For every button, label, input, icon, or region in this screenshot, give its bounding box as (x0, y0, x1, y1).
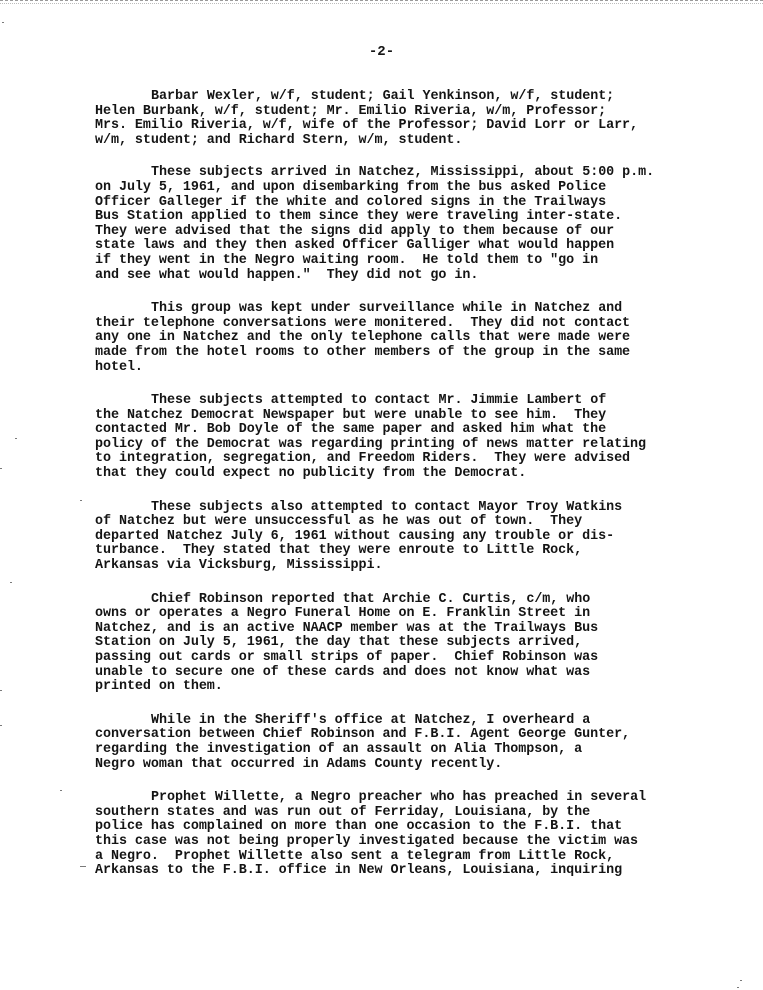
text-line: southern states and was run out of Ferri… (95, 806, 735, 821)
text-line: They were advised that the signs did app… (95, 225, 735, 240)
text-line: Station on July 5, 1961, the day that th… (95, 636, 735, 651)
paragraph-sheriff-office: While in the Sheriff's office at Natchez… (95, 714, 735, 772)
text-line: Arkansas via Vicksburg, Mississippi. (95, 559, 735, 574)
page-number: -2- (0, 44, 763, 60)
text-line: this case was not being properly investi… (95, 835, 735, 850)
text-line: contacted Mr. Bob Doyle of the same pape… (95, 423, 735, 438)
text-line: unable to secure one of these cards and … (95, 666, 735, 681)
document-body: Barbar Wexler, w/f, student; Gail Yenkin… (95, 90, 735, 895)
text-line: to integration, segregation, and Freedom… (95, 452, 735, 467)
text-line: w/m, student; and Richard Stern, w/m, st… (95, 134, 735, 149)
scan-speck (15, 438, 17, 439)
text-line: Officer Galleger if the white and colore… (95, 196, 735, 211)
text-line: conversation between Chief Robinson and … (95, 728, 735, 743)
text-line: a Negro. Prophet Willette also sent a te… (95, 850, 735, 865)
text-line: on July 5, 1961, and upon disembarking f… (95, 181, 735, 196)
scan-speck (0, 690, 2, 691)
text-line: This group was kept under surveillance w… (95, 302, 735, 317)
text-line: While in the Sheriff's office at Natchez… (95, 714, 735, 729)
text-line: of Natchez but were unsuccessful as he w… (95, 515, 735, 530)
scan-speck (80, 500, 82, 501)
text-line: Bus Station applied to them since they w… (95, 210, 735, 225)
paragraph-chief-robinson: Chief Robinson reported that Archie C. C… (95, 593, 735, 695)
scan-top-edge (0, 0, 763, 4)
scan-speck (0, 468, 2, 469)
text-line: police has complained on more than one o… (95, 820, 735, 835)
paragraph-mayor: These subjects also attempted to contact… (95, 501, 735, 574)
scan-speck (2, 22, 4, 23)
text-line: and see what would happen." They did not… (95, 269, 735, 284)
text-line: policy of the Democrat was regarding pri… (95, 438, 735, 453)
scan-speck (0, 725, 2, 726)
text-line: passing out cards or small strips of pap… (95, 651, 735, 666)
scan-speck (60, 790, 62, 791)
text-line: owns or operates a Negro Funeral Home on… (95, 607, 735, 622)
scan-speck (737, 987, 739, 988)
paragraph-arrival: These subjects arrived in Natchez, Missi… (95, 166, 735, 283)
text-line: These subjects attempted to contact Mr. … (95, 394, 735, 409)
text-line: hotel. (95, 361, 735, 376)
text-line: turbance. They stated that they were enr… (95, 544, 735, 559)
paragraph-subjects-list: Barbar Wexler, w/f, student; Gail Yenkin… (95, 90, 735, 148)
scan-speck (740, 980, 742, 981)
text-line: state laws and they then asked Officer G… (95, 239, 735, 254)
paragraph-newspaper: These subjects attempted to contact Mr. … (95, 394, 735, 482)
text-line: Prophet Willette, a Negro preacher who h… (95, 791, 735, 806)
text-line: made from the hotel rooms to other membe… (95, 346, 735, 361)
text-line: printed on them. (95, 680, 735, 695)
text-line: departed Natchez July 6, 1961 without ca… (95, 530, 735, 545)
scan-speck (80, 866, 86, 867)
paragraph-surveillance: This group was kept under surveillance w… (95, 302, 735, 375)
text-line: regarding the investigation of an assaul… (95, 743, 735, 758)
text-line: the Natchez Democrat Newspaper but were … (95, 409, 735, 424)
scan-speck (10, 582, 12, 583)
text-line: any one in Natchez and the only telephon… (95, 331, 735, 346)
text-line: These subjects also attempted to contact… (95, 501, 735, 516)
text-line: Helen Burbank, w/f, student; Mr. Emilio … (95, 105, 735, 120)
text-line: Natchez, and is an active NAACP member w… (95, 622, 735, 637)
text-line: if they went in the Negro waiting room. … (95, 254, 735, 269)
text-line: their telephone conversations were monit… (95, 317, 735, 332)
text-line: These subjects arrived in Natchez, Missi… (95, 166, 735, 181)
text-line: Negro woman that occurred in Adams Count… (95, 758, 735, 773)
text-line: Mrs. Emilio Riveria, w/f, wife of the Pr… (95, 119, 735, 134)
text-line: Arkansas to the F.B.I. office in New Orl… (95, 864, 735, 879)
text-line: that they could expect no publicity from… (95, 467, 735, 482)
text-line: Barbar Wexler, w/f, student; Gail Yenkin… (95, 90, 735, 105)
text-line: Chief Robinson reported that Archie C. C… (95, 593, 735, 608)
paragraph-prophet-willette: Prophet Willette, a Negro preacher who h… (95, 791, 735, 879)
